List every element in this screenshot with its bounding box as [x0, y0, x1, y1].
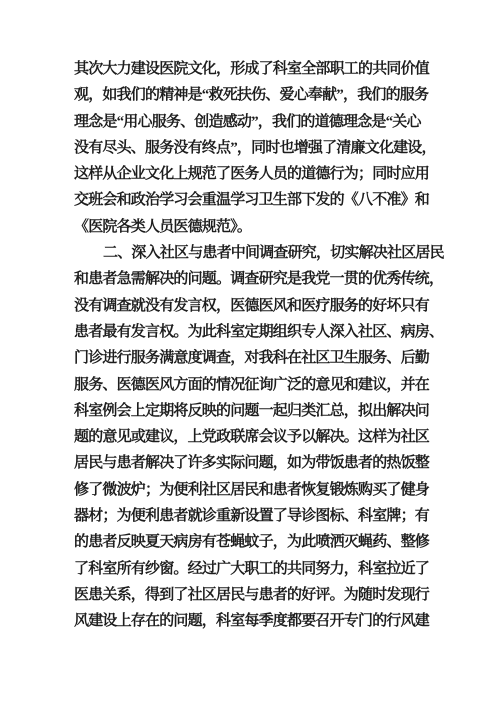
text-line: 器材；为便利患者就诊重新设置了导诊图标、科室牌；有 — [74, 503, 434, 529]
text-line: 服务、医德医风方面的情况征询广泛的意见和建议，并在 — [74, 372, 434, 398]
text-line: 其次大力建设医院文化，形成了科室全部职工的共同价值 — [74, 56, 434, 82]
text-line: 了科室所有纱窗。经过广大职工的共同努力，科室拉近了 — [74, 556, 434, 582]
text-line: 《医院各类人员医德规范》。 — [74, 214, 434, 240]
text-line: 修了微波炉；为便利社区居民和患者恢复锻炼购买了健身 — [74, 477, 434, 503]
text-line: 没有调查就没有发言权，医德医风和医疗服务的好坏只有 — [74, 293, 434, 319]
text-line: 风建设上存在的问题，科室每季度都要召开专门的行风建 — [74, 608, 434, 634]
text-line: 没有尽头、服务没有终点”，同时也增强了清廉文化建设， — [74, 135, 434, 161]
document-page: 其次大力建设医院文化，形成了科室全部职工的共同价值观，如我们的精神是“救死扶伤、… — [0, 0, 500, 707]
document-text-block: 其次大力建设医院文化，形成了科室全部职工的共同价值观，如我们的精神是“救死扶伤、… — [74, 56, 434, 635]
text-line: 医患关系，得到了社区居民与患者的好评。为随时发现行 — [74, 582, 434, 608]
text-line: 题的意见或建议，上党政联席会议予以解决。这样为社区 — [74, 424, 434, 450]
text-line: 科室例会上定期将反映的问题一起归类汇总，拟出解决问 — [74, 398, 434, 424]
text-line: 门诊进行服务满意度调查，对我科在社区卫生服务、后勤 — [74, 345, 434, 371]
text-line: 和患者急需解决的问题。调查研究是我党一贯的优秀传统， — [74, 266, 434, 292]
text-line: 二、深入社区与患者中间调查研究，切实解决社区居民 — [74, 240, 434, 266]
text-line: 的患者反映夏天病房有苍蝇蚊子，为此喷洒灭蝇药、整修 — [74, 529, 434, 555]
text-line: 患者最有发言权。为此科室定期组织专人深入社区、病房、 — [74, 319, 434, 345]
text-line: 理念是“用心服务、创造感动”，我们的道德理念是“关心 — [74, 109, 434, 135]
text-line: 观，如我们的精神是“救死扶伤、爱心奉献”，我们的服务 — [74, 82, 434, 108]
text-line: 居民与患者解决了许多实际问题，如为带饭患者的热饭整 — [74, 450, 434, 476]
text-line: 这样从企业文化上规范了医务人员的道德行为；同时应用 — [74, 161, 434, 187]
text-line: 交班会和政治学习会重温学习卫生部下发的《八不准》和 — [74, 187, 434, 213]
